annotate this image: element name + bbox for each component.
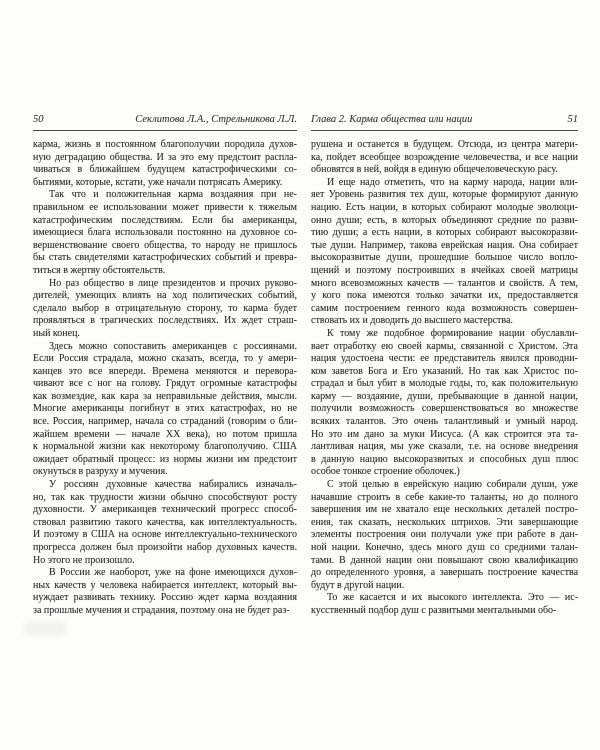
text-line: имеющиеся блага использовали постоянно н… (33, 227, 297, 240)
paragraph: С этой целью в еврейскую нацию собирали … (311, 479, 578, 592)
text-line: до определенного уровня, а завершать пос… (311, 567, 578, 580)
text-line: карму — воздаяние, души, пребывающие в д… (311, 391, 578, 404)
text-line: всяких талантов. Это очень талантливый и… (311, 416, 578, 429)
text-line: элементы построения они получали уже при… (311, 529, 578, 542)
text-line: Здесь можно сопоставить американцев с ро… (33, 341, 297, 354)
text-line: окунуться в разруху и мучения. (33, 466, 297, 479)
text-line: яет Уровень развития тех душ, которые фо… (311, 189, 578, 202)
text-line: ком заветов Бога и Его указаний. Но так … (311, 366, 578, 379)
text-line: С этой целью в еврейскую нацию собирали … (311, 479, 578, 492)
text-line: Многие американцы погибнут в этих катаст… (33, 403, 297, 416)
text-line: духовности. У американцев технический пр… (33, 504, 297, 517)
text-line: титься в жертву обстоятельств. (33, 265, 297, 278)
text-line: катастрофическим последствиям. Если бы а… (33, 215, 297, 228)
text-line: То же касается и их высокого интеллекта.… (311, 592, 578, 605)
text-line: Так что и положительная карма воздаяния … (33, 189, 297, 202)
text-line: нуждает развивать технику. Россию ждет к… (33, 592, 297, 605)
text-line: Но это им дано за муки Иисуса. (А как ст… (311, 429, 578, 442)
text-line: бытиями, которые, кстати, уже начали пот… (33, 177, 297, 190)
text-line: нация удостоена чести: ее представитель … (311, 353, 578, 366)
text-line: нацию. Есть нации, в которых собирают мо… (311, 202, 578, 215)
text-line: И поэтому в США на основе интеллектуальн… (33, 529, 297, 542)
text-line: ожидает обратный процесс: из нормы жизни… (33, 454, 297, 467)
text-line: получили возможность совершенствоваться … (311, 403, 578, 416)
paragraph: В России же наоборот, уже на фоне имеющи… (33, 567, 297, 617)
text-line: ной нации. Конечно, здесь много душ со с… (311, 542, 578, 555)
text-line: чивают все с ног на голову. Грядут огром… (33, 378, 297, 391)
text-line: к нормальной жизни как некоторому благоп… (33, 441, 297, 454)
text-line: тию души; а есть нации, в которых собира… (311, 227, 578, 240)
text-line: У россиян духовные качества набирались и… (33, 479, 297, 492)
text-line: как возмездие, как кара за неправильные … (33, 391, 297, 404)
text-line: чиваться в ближайшем будущем катастрофич… (33, 164, 297, 177)
right-page: Глава 2. Карма общества или нации 51 руш… (311, 113, 578, 618)
text-line: щений и поэтому построивших в ячейках св… (311, 265, 578, 278)
text-line: тами. В данной нации они повышают свою к… (311, 555, 578, 568)
text-line: все. Россия, например, начала со страдан… (33, 416, 297, 429)
text-line: дителей, умеющих влиять на ход политичес… (33, 290, 297, 303)
text-line: за прошлые мучения и страдания, поэтому … (33, 605, 297, 618)
text-line: но, так как трудности жизни обычно спосо… (33, 492, 297, 505)
text-line: ения, так сказать, нескольких штрихов. Э… (311, 517, 578, 530)
text-line: лантливая нация, мы уже сказали, т.е. на… (311, 441, 578, 454)
paragraph: рушена и останется в будущем. Отсюда, из… (311, 139, 578, 177)
page-number: 51 (568, 113, 579, 127)
left-page-header: 50 Секлитова Л.А., Стрельникова Л.Л. (33, 113, 297, 131)
text-line: ных качеств у человека набирается интелл… (33, 580, 297, 593)
left-page: 50 Секлитова Л.А., Стрельникова Л.Л. кар… (33, 113, 297, 618)
text-line: онно души; есть, в которых объединяют ср… (311, 215, 578, 228)
text-line: завершения им не хватало еще нескольких … (311, 504, 578, 517)
text-line: у кого пока имеются только зачатки их, п… (311, 290, 578, 303)
text-line: в данную нацию высокоразвитых и способны… (311, 454, 578, 467)
text-line: прогресса должен был произойти набор дух… (33, 542, 297, 555)
scan-smudge (24, 621, 66, 636)
paragraph: У россиян духовные качества набирались и… (33, 479, 297, 567)
paragraph: Но раз общество в лице президентов и про… (33, 278, 297, 341)
text-line: тые души. Например, такова еврейская нац… (311, 240, 578, 253)
text-line: рушена и останется в будущем. Отсюда, из… (311, 139, 578, 152)
text-line: Но этого не произошло. (33, 555, 297, 568)
text-line: бы стать свидетелями катастрофических со… (33, 252, 297, 265)
text-line: самим построением генного кода возможнос… (311, 303, 578, 316)
running-header: Глава 2. Карма общества или нации (311, 113, 472, 127)
paragraph: карма, жизнь в постоянном благополучии п… (33, 139, 297, 189)
page-number: 50 (33, 113, 44, 127)
text-line: ствовал развитию такого качества, как ин… (33, 517, 297, 530)
text-line: ную деградацию общества. И за это ему пр… (33, 152, 297, 165)
text-line: вершенствование своего общества, то наро… (33, 240, 297, 253)
text-line: правильном ее использовании может привес… (33, 202, 297, 215)
text-line: карма, жизнь в постоянном благополучии п… (33, 139, 297, 152)
text-line: И еще надо отметить, что на карму народа… (311, 177, 578, 190)
text-line: В России же наоборот, уже на фоне имеющи… (33, 567, 297, 580)
text-line: страдал и был убит в молодые годы, то, к… (311, 378, 578, 391)
text-line: проявляться в трагических последствиях. … (33, 315, 297, 328)
text-line: ка, пойдет всеобщее возрождение человече… (311, 152, 578, 165)
text-line: жайшем времени — начале XX века), но пот… (33, 429, 297, 442)
paragraph: Так что и положительная карма воздаяния … (33, 189, 297, 277)
text-line: ный конец. (33, 328, 297, 341)
paragraph: К тому же подобное формирование нации об… (311, 328, 578, 479)
text-line: К тому же подобное формирование нации об… (311, 328, 578, 341)
paragraph: То же касается и их высокого интеллекта.… (311, 592, 578, 617)
left-page-text: карма, жизнь в постоянном благополучии п… (33, 139, 297, 618)
text-line: высокоразвитые души, прошедшие большое ч… (311, 252, 578, 265)
paragraph: И еще надо отметить, что на карму народа… (311, 177, 578, 328)
running-header: Секлитова Л.А., Стрельникова Л.Л. (135, 113, 297, 127)
text-line: кусственный подбор душ с развитыми мента… (311, 605, 578, 618)
text-line: Если Россия страдала, можно сказать, все… (33, 353, 297, 366)
text-line: Но раз общество в лице президентов и про… (33, 278, 297, 291)
right-page-text: рушена и останется в будущем. Отсюда, из… (311, 139, 578, 618)
text-line: особое тонкое строение оболочек.) (311, 466, 578, 479)
text-line: обновятся в ней, войдя в единую общечело… (311, 164, 578, 177)
text-line: много всевозможных качеств — талантов и … (311, 278, 578, 291)
text-line: ствовать их и доводить до высшего мастер… (311, 315, 578, 328)
text-line: начавшие строить в себе какие-то таланты… (311, 492, 578, 505)
text-line: сделало выбор в отрицательную сторону, т… (33, 303, 297, 316)
right-page-header: Глава 2. Карма общества или нации 51 (311, 113, 578, 131)
paragraph: Здесь можно сопоставить американцев с ро… (33, 341, 297, 480)
text-line: будут в другой нации. (311, 580, 578, 593)
text-line: канцев это все впереди. Времена меняются… (33, 366, 297, 379)
text-line: вает отработку ею своей кармы, связанной… (311, 341, 578, 354)
book-spread: 50 Секлитова Л.А., Стрельникова Л.Л. кар… (0, 0, 600, 750)
